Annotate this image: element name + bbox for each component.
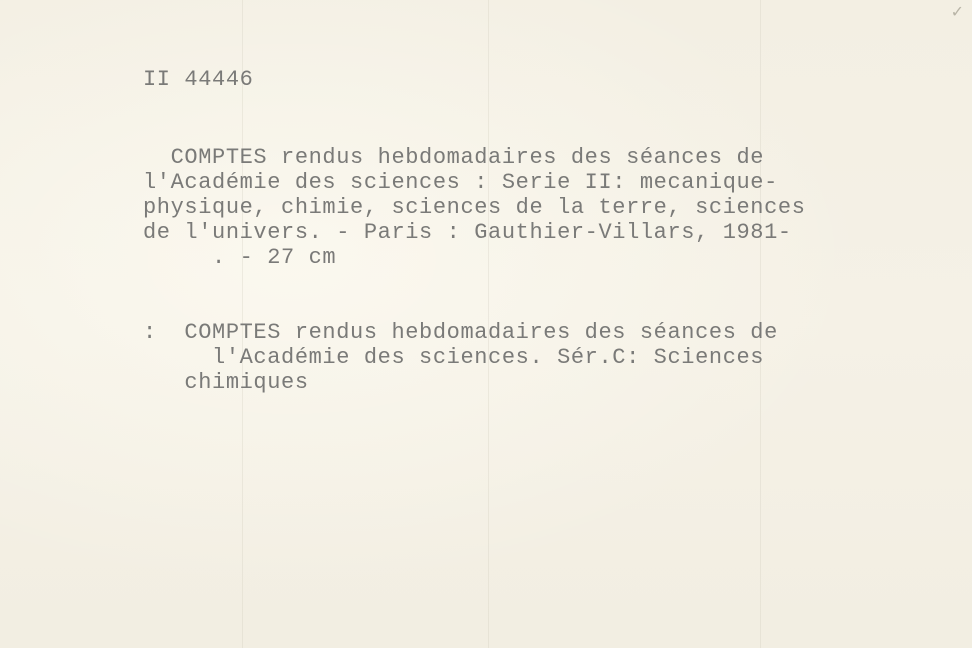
main-entry-line: de l'univers. - Paris : Gauthier-Villars…: [143, 220, 792, 245]
related-entry-line: l'Académie des sciences. Sér.C: Sciences: [143, 345, 764, 370]
main-entry-line: l'Académie des sciences : Serie II: meca…: [143, 170, 778, 195]
related-entry-line: chimiques: [143, 370, 309, 395]
call-number: II 44446: [143, 67, 253, 92]
main-entry-line: physique, chimie, sciences de la terre, …: [143, 195, 806, 220]
related-entry-line: : COMPTES rendus hebdomadaires des séanc…: [143, 320, 778, 345]
check-mark-icon: ✓: [951, 2, 964, 21]
catalog-card: ✓ II 44446 COMPTES rendus hebdomadaires …: [0, 0, 972, 648]
main-entry-line: . - 27 cm: [143, 245, 336, 270]
main-entry-line: COMPTES rendus hebdomadaires des séances…: [143, 145, 764, 170]
